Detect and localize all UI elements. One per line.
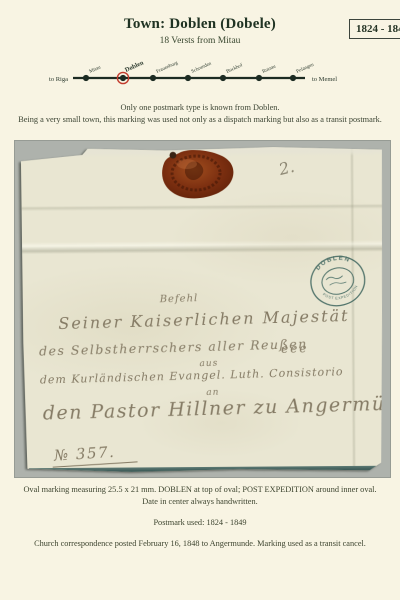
letter-paper: 2. DOBLEN POST EXPEDITION (21, 146, 384, 474)
route-station-label: Buckhof (226, 63, 244, 75)
route-station-label: Mitau (89, 65, 102, 75)
route-to-label: to Memel (312, 76, 337, 83)
route-station-dot (120, 75, 126, 81)
caption-marking-description-line1: Oval marking measuring 25.5 x 21 mm. DOB… (0, 485, 400, 494)
exhibit-page: { "header": { "title": "Town: Doblen (Do… (0, 0, 400, 600)
folded-letter: 2. DOBLEN POST EXPEDITION (21, 146, 384, 474)
address-line: Befehl (160, 293, 199, 305)
address-line: dem Kurländischen Evangel. Luth. Consist… (40, 365, 344, 386)
route-station-label: Rutzau (262, 64, 277, 75)
address-line: Seiner Kaiserlichen Majestät (58, 306, 350, 333)
route-station-label: Schrunden (191, 61, 213, 74)
route-from-label: to Riga (49, 76, 68, 83)
address-line: an (206, 388, 219, 398)
route-station-label-doblen: Doblen (124, 59, 145, 74)
caption-cover-description: Church correspondence posted February 16… (0, 539, 400, 548)
route-station-dot (150, 75, 156, 81)
route-station-label: Polangen (296, 62, 315, 74)
cover-photo: 2. DOBLEN POST EXPEDITION (14, 140, 391, 478)
manuscript-number: № 357. (51, 441, 138, 467)
route-diagram: to Riga to Memel Mitau Doblen Frauenburg… (0, 52, 400, 92)
route-station-dot (290, 75, 296, 81)
route-station-dot (220, 75, 226, 81)
route-station-dot (256, 75, 262, 81)
address-line: aus (199, 359, 218, 370)
address-flourish: eee (281, 341, 309, 356)
route-station-label: Frauenburg (156, 61, 179, 75)
handwritten-address: Befehl Seiner Kaiserlichen Majestät des … (18, 142, 388, 477)
caption-marking-description-line2: Date in center always handwritten. (0, 497, 400, 506)
address-line: den Pastor Hillner zu Angermünde (43, 392, 400, 425)
period-box: 1824 - 1849 (349, 19, 400, 39)
intro-text: Only one postmark type is known from Dob… (0, 102, 400, 126)
route-station-dot (83, 75, 89, 81)
caption-postmark-usage: Postmark used: 1824 - 1849 (0, 518, 400, 527)
page-title: Town: Doblen (Dobele) (0, 16, 400, 33)
route-station-dot (185, 75, 191, 81)
address-line: des Selbstherrschers aller Reußen (39, 336, 308, 358)
intro-line-2: Being a very small town, this marking wa… (0, 114, 400, 126)
intro-line-1: Only one postmark type is known from Dob… (0, 102, 400, 114)
page-subtitle: 18 Versts from Mitau (0, 36, 400, 46)
